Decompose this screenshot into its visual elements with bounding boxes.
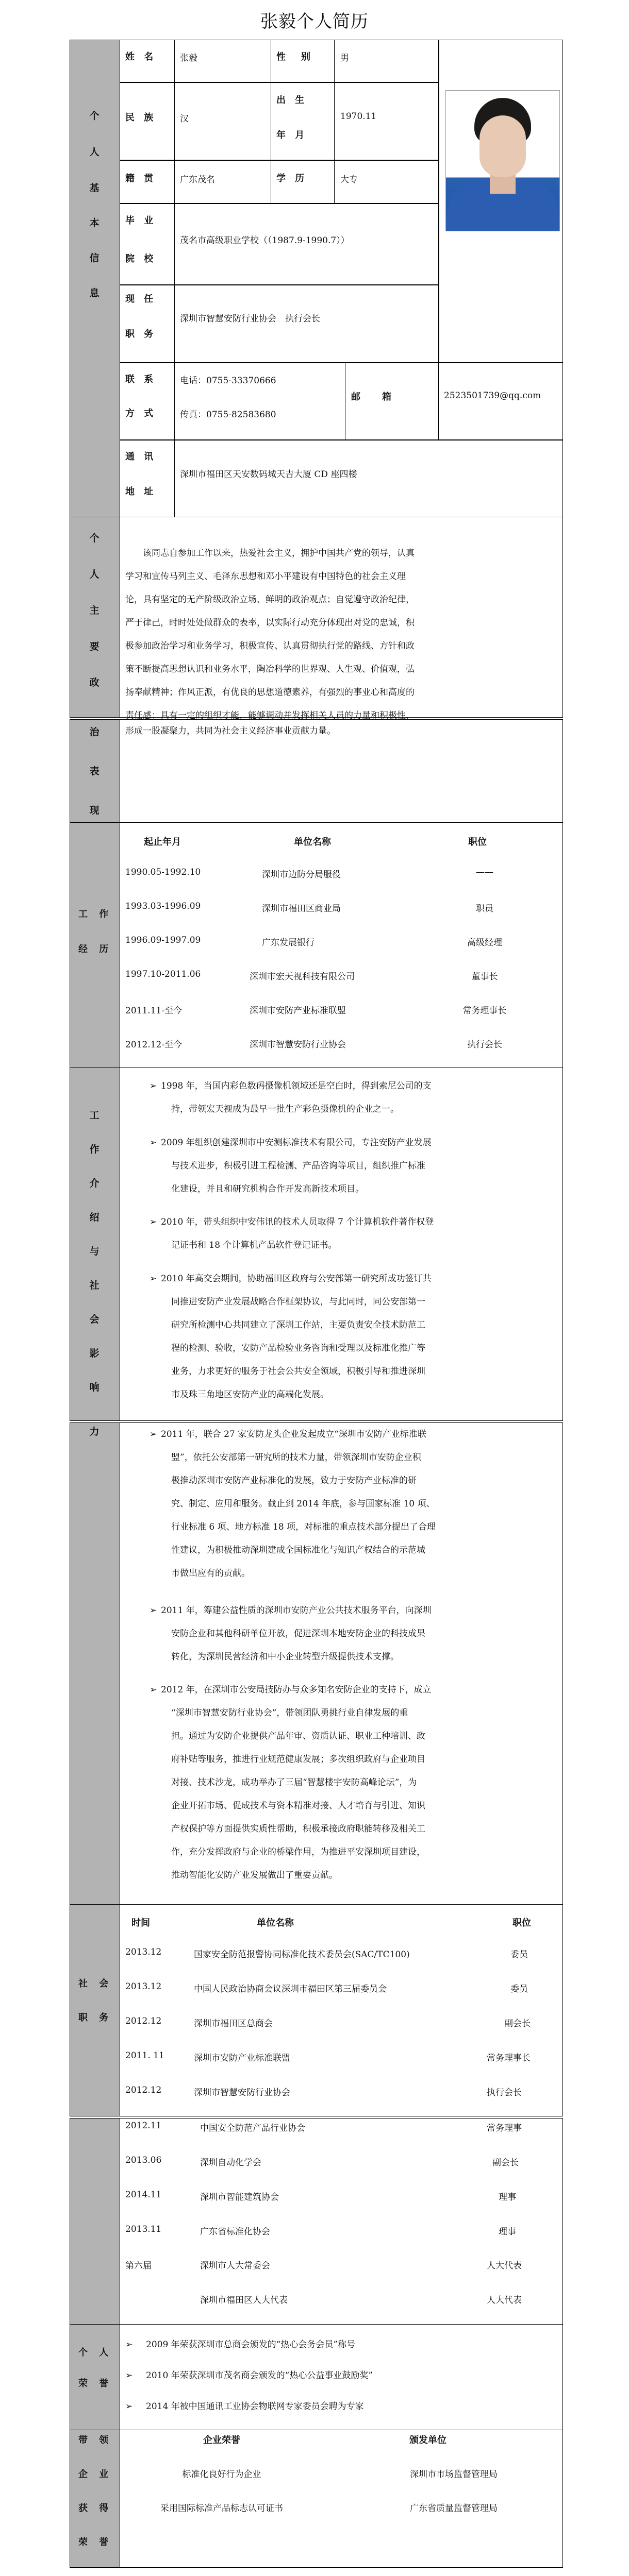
work-header-role: 职位	[468, 835, 487, 848]
phone-value: 电话：0755-33370666	[180, 373, 276, 386]
bullet-line: 业务，力求更好的服务于社会公共安全领域，积极引导和推进深圳	[150, 1360, 541, 1383]
label-char: 影	[70, 1346, 119, 1380]
intro-bullet: ➢2012 年，在深圳市公安局技防办与众多知名安防企业的支持下，成立 “深圳市智…	[150, 1679, 541, 1887]
politics-paragraph: 该同志自参加工作以来，热爱社会主义，拥护中国共产党的领导，认真 学习和宣传马列主…	[125, 542, 533, 727]
arrow-bullet-icon: ➢	[150, 1599, 161, 1622]
intro-bullet: ➢1998 年，当国内彩色数码摄像机领域还是空白时，得到索尼公司的支 持，带领宏…	[150, 1075, 541, 1121]
bullet-line: 盟”，依托公安部第一研究所的技术力量，带领深圳市安防企业积	[150, 1446, 541, 1469]
bullet-line: 产权保护等方面提供实质性帮助，积极承接政府职能转移及相关工	[150, 1818, 541, 1841]
social-org: 深圳市人大常委会	[200, 2258, 270, 2271]
education-value: 大专	[340, 172, 358, 185]
divider	[120, 82, 438, 83]
corp-label-line2: 企 业	[78, 2467, 112, 2480]
honor-text: 2009 年荣获深圳市总商会颁发的“热心会务会员”称号	[146, 2340, 355, 2350]
arrow-bullet-icon: ➢	[125, 2340, 146, 2350]
birth-label-line2: 年 月	[276, 128, 307, 141]
social-time: 2013.11	[125, 2224, 161, 2234]
social-time: 2012.12	[125, 2016, 161, 2026]
corp-issuer: 深圳市市场监督管理局	[371, 2467, 536, 2480]
bullet-line: 企业开拓市场、促成技术与资本精准对接、人才培育与引进、知识	[150, 1794, 541, 1818]
position-label-line1: 现 任	[125, 292, 156, 305]
label-char: 与	[70, 1244, 119, 1278]
arrow-bullet-icon: ➢	[150, 1423, 161, 1446]
corp-header-issuer: 颁发单位	[376, 2433, 479, 2446]
arrow-bullet-icon: ➢	[150, 1131, 161, 1155]
intro-bullet: ➢2011 年，筹建公益性质的深圳市安防产业公共技术服务平台，向深圳 安防企业和…	[150, 1599, 541, 1669]
social-header-role: 职位	[512, 1916, 531, 1929]
social-header-time: 时间	[131, 1916, 150, 1929]
label-char: 治	[70, 724, 119, 764]
honors-label-line2: 荣 誉	[78, 2376, 112, 2389]
ethnicity-value: 汉	[180, 111, 189, 124]
address-value: 深圳市福田区天安数码城天吉大厦 CD 座四楼	[180, 467, 357, 480]
label-char: 基	[70, 180, 119, 215]
corp-label-line3: 获 得	[78, 2501, 112, 2514]
social-role: 副会长	[504, 2016, 531, 2029]
intro-bullet: ➢2010 年高交会期间，协助福田区政府与公安部第一研究所成功签订共 同推进安防…	[150, 1267, 541, 1406]
ethnicity-label: 民 族	[125, 110, 156, 124]
origin-label: 籍 贯	[125, 171, 156, 184]
social-time: 第六届	[125, 2258, 152, 2271]
arrow-bullet-icon: ➢	[150, 1211, 161, 1234]
politics-line: 严于律己，时时处处做群众的表率，以实际行动充分体现出对党的忠诚，积	[125, 612, 533, 635]
bullet-line: 安防企业和其他科研单位开放，促进深圳本地安防企业的科技成果	[150, 1622, 541, 1646]
work-label-line1: 工 作	[78, 907, 112, 920]
honor-text: 2014 年被中国通讯工业协会物联网专家委员会聘为专家	[146, 2401, 364, 2412]
work-org: 深圳市边防分局服役	[262, 867, 341, 880]
name-label: 姓 名	[125, 49, 156, 63]
social-role: 理事	[499, 2224, 516, 2237]
birth-label-line1: 出 生	[276, 93, 307, 106]
work-role: 常务理事长	[454, 1003, 516, 1016]
gender-label: 性 别	[276, 49, 313, 63]
work-period: 2012.12-至今	[125, 1037, 182, 1050]
social-role: 人大代表	[487, 2293, 522, 2306]
position-value: 深圳市智慧安防行业协会 执行会长	[180, 311, 320, 324]
social-label-line2: 职 务	[78, 2010, 112, 2024]
label-char: 个	[70, 531, 119, 567]
politics-line: 策不断提高思想认识和业务水平，陶冶科学的世界观、人生观、价值观，弘	[125, 658, 533, 681]
politics-label-a: 个 人 主 要 政	[70, 531, 119, 711]
divider	[120, 203, 438, 204]
resume-title: 张毅个人简历	[0, 7, 629, 32]
bullet-line: 2009 年组织创建深圳市中安测标准技术有限公司，专注安防产业发展	[161, 1138, 432, 1148]
basic-info-label: 个 人 基 本 信 息	[70, 108, 119, 320]
social-org: 深圳市福田区人大代表	[200, 2293, 288, 2306]
social-role: 委员	[510, 1947, 528, 1960]
bullet-line: 程的检测、验收，安防产品检验业务咨询和受理以及标准化推广等	[150, 1337, 541, 1360]
social-org: 中国人民政治协商会议深圳市福田区第三届委员会	[194, 1981, 387, 1994]
label-char: 人	[70, 144, 119, 180]
bullet-line: 2012 年，在深圳市公安局技防办与众多知名安防企业的支持下，成立	[161, 1685, 432, 1695]
work-org: 深圳市智慧安防行业协会	[250, 1037, 346, 1050]
honors-label-line1: 个 人	[78, 2345, 112, 2359]
work-role: 执行会长	[454, 1037, 516, 1050]
social-time: 2014.11	[125, 2190, 161, 2200]
social-time: 2012.11	[125, 2121, 161, 2131]
social-label-cell-b	[70, 2118, 120, 2325]
social-org: 广东省标准化协会	[200, 2224, 270, 2237]
bullet-line: 府补贴等服务，推进行业规范健康发展；多次组织政府与企业项目	[150, 1748, 541, 1771]
bullet-line: 2011 年，联合 27 家安防龙头企业发起成立“深圳市安防产业标准联	[161, 1429, 426, 1439]
arrow-bullet-icon: ➢	[150, 1267, 161, 1291]
corp-issuer: 广东省质量监督管理局	[371, 2501, 536, 2514]
politics-line: 极参加政治学习和业务学习，积极宣传、认真贯彻执行党的路线、方针和政	[125, 635, 533, 658]
address-label-line1: 通 讯	[125, 449, 156, 463]
origin-value: 广东茂名	[180, 172, 215, 185]
position-label-line2: 职 务	[125, 327, 156, 340]
social-time: 2011. 11	[125, 2050, 164, 2061]
social-org: 深圳市智慧安防行业协会	[194, 2085, 290, 2098]
intro-label-cell-b	[70, 1422, 120, 1905]
bullet-line: 市做出应有的贡献。	[150, 1562, 541, 1585]
work-role: ——	[454, 867, 516, 877]
bullet-line: 2010 年高交会期间，协助福田区政府与公安部第一研究所成功签订共	[161, 1274, 432, 1284]
work-org: 深圳市宏天视科技有限公司	[250, 969, 355, 982]
bullet-line: 市及珠三角地区安防产业的高端化发展。	[150, 1383, 541, 1406]
label-char: 作	[70, 1142, 119, 1176]
bullet-line: 极推动深圳市安防产业标准化的发展，致力于安防产业标准的研	[150, 1469, 541, 1493]
politics-line: 学习和宣传马列主义、毛泽东思想和邓小平建设有中国特色的社会主义理	[125, 565, 533, 588]
bullet-line: 与技术进步，积极引进工程检测、产品咨询等项目，组织推广标准	[150, 1155, 541, 1178]
social-time: 2013.06	[125, 2155, 161, 2165]
social-org: 深圳市福田区总商会	[194, 2016, 273, 2029]
label-char: 信	[70, 250, 119, 285]
social-label-line1: 社 会	[78, 1976, 112, 1990]
work-period: 1993.03-1996.09	[125, 901, 201, 911]
divider	[174, 40, 175, 517]
politics-line: 扬奉献精神；作风正派，有优良的思想道德素养，有强烈的事业心和高度的	[125, 681, 533, 704]
politics-line: 该同志自参加工作以来，热爱社会主义，拥护中国共产党的领导，认真	[125, 542, 533, 565]
arrow-bullet-icon: ➢	[150, 1075, 161, 1098]
bullet-line: 1998 年，当国内彩色数码摄像机领域还是空白时，得到索尼公司的支	[161, 1081, 432, 1091]
corp-frame	[120, 2430, 563, 2568]
corp-label-line1: 带 领	[78, 2433, 112, 2446]
bullet-line: 对接、技术沙龙，成功举办了三届“智慧楼宇安防高峰论坛”，为	[150, 1771, 541, 1794]
politics-continuation: 形成一股凝聚力，共同为社会主义经济事业贡献力量。	[125, 723, 336, 736]
email-label: 邮 箱	[351, 389, 392, 403]
education-label: 学 历	[276, 171, 307, 184]
photo-face	[479, 115, 526, 177]
bullet-line: 研究所检测中心共同建立了深圳工作站，主要负责安全技术防范工	[150, 1314, 541, 1337]
label-char: 个	[70, 108, 119, 144]
bullet-line: 性建议，为积极推动深圳建成全国标准化与知识产权结合的示范城	[150, 1539, 541, 1562]
work-role: 高级经理	[454, 935, 516, 948]
divider	[438, 362, 439, 439]
divider	[120, 160, 438, 161]
contact-label-line1: 联 系	[125, 372, 156, 385]
social-org: 中国安全防范产品行业协会	[200, 2121, 305, 2133]
name-value: 张毅	[180, 50, 197, 63]
bullet-line: 化建设，并且和研究机构合作开发高新技术项目。	[150, 1178, 541, 1201]
social-header-org: 单位名称	[257, 1916, 294, 1929]
bullet-line: 同推进安防产业发展战略合作框架协议，与此同时，同公安部第一	[150, 1291, 541, 1314]
email-value[interactable]: 2523501739@qq.com	[444, 391, 541, 401]
corp-honor: 标准化良好行为企业	[129, 2467, 314, 2480]
bullet-line: 持，带领宏天视成为最早一批生产彩色摄像机的企业之一。	[150, 1098, 541, 1121]
work-org: 深圳市福田区商业局	[262, 901, 341, 914]
bullet-line: 推动智能化安防产业发展做出了重要贡献。	[150, 1864, 541, 1887]
address-label-line2: 地 址	[125, 484, 156, 498]
work-period: 2011.11-至今	[125, 1003, 182, 1016]
intro-bullet: ➢2009 年组织创建深圳市中安测标准技术有限公司，专注安防产业发展 与技术进步…	[150, 1131, 541, 1201]
corp-header-honor: 企业荣誉	[170, 2433, 273, 2446]
school-label-line2: 院 校	[125, 251, 156, 265]
corp-label-line4: 荣 誉	[78, 2535, 112, 2548]
intro-bullet: ➢2011 年，联合 27 家安防龙头企业发起成立“深圳市安防产业标准联 盟”，…	[150, 1423, 541, 1585]
bullet-line: 究、制定、应用和服务。截止到 2014 年底，参与国家标准 10 项、	[150, 1493, 541, 1516]
fax-value: 传真：0755-82583680	[180, 407, 276, 420]
bullet-line: “深圳市智慧安防行业协会”，带领团队勇挑行业自律发展的重	[150, 1702, 541, 1725]
honor-item: ➢2009 年荣获深圳市总商会颁发的“热心会务会员”称号	[125, 2337, 355, 2350]
label-char: 人	[70, 567, 119, 603]
label-char: 会	[70, 1312, 119, 1346]
arrow-bullet-icon: ➢	[125, 2401, 146, 2412]
social-role: 理事	[499, 2190, 516, 2202]
social-role: 副会长	[492, 2155, 519, 2168]
arrow-bullet-icon: ➢	[125, 2370, 146, 2381]
honor-text: 2010 年荣获深圳市茂名商会颁发的“热心公益事业鼓励奖”	[146, 2370, 373, 2381]
label-char: 息	[70, 285, 119, 320]
divider	[271, 40, 271, 203]
label-char: 表	[70, 764, 119, 803]
bullet-line: 2011 年，筹建公益性质的深圳市安防产业公共技术服务平台，向深圳	[161, 1605, 432, 1616]
school-value: 茂名市高级职业学校（（1987.9-1990.7））	[180, 233, 350, 246]
intro-label-a: 工 作 介 绍 与 社 会 影 响	[70, 1108, 119, 1414]
politics-line: 论，具有坚定的无产阶级政治立场、鲜明的政治观点；自觉遵守政治纪律，	[125, 588, 533, 612]
profile-photo	[445, 90, 560, 231]
bullet-line: 记证书和 18 个计算机产品软件登记证书。	[150, 1234, 541, 1257]
divider	[345, 362, 345, 439]
intro-label-b: 力	[70, 1424, 119, 1438]
social-org: 深圳自动化学会	[200, 2155, 261, 2168]
school-label-line1: 毕 业	[125, 213, 156, 227]
birth-value: 1970.11	[340, 111, 376, 122]
divider	[334, 40, 335, 203]
label-char: 力	[70, 1424, 119, 1438]
divider	[438, 40, 439, 362]
work-org: 深圳市安防产业标准联盟	[250, 1003, 346, 1016]
bullet-line: 担。通过为安防企业提供产品年审、资质认证、职业工种培训、政	[150, 1725, 541, 1748]
work-label-line2: 经 历	[78, 942, 112, 955]
label-char: 要	[70, 639, 119, 675]
bullet-line: 转化，为深圳民营经济和中小企业转型升级提供技术支撑。	[150, 1646, 541, 1669]
divider	[120, 284, 438, 285]
social-role: 执行会长	[487, 2085, 522, 2098]
divider	[120, 439, 563, 440]
gender-value: 男	[340, 50, 349, 63]
label-char: 工	[70, 1108, 119, 1142]
work-period: 1996.09-1997.09	[125, 935, 201, 945]
label-char: 政	[70, 675, 119, 711]
social-role: 人大代表	[487, 2258, 522, 2271]
contact-label-line2: 方 式	[125, 406, 156, 419]
honor-item: ➢2010 年荣获深圳市茂名商会颁发的“热心公益事业鼓励奖”	[125, 2368, 373, 2381]
social-time: 2013.12	[125, 1947, 161, 1957]
work-period: 1997.10-2011.06	[125, 969, 201, 979]
work-header-period: 起止年月	[144, 835, 181, 848]
bullet-line: 作，充分发挥政府与企业的桥梁作用，为推进平安深圳项目建设，	[150, 1841, 541, 1864]
label-char: 绍	[70, 1210, 119, 1244]
social-time: 2012.12	[125, 2085, 161, 2095]
divider	[120, 362, 563, 363]
label-char: 主	[70, 603, 119, 639]
work-org: 广东发展银行	[262, 935, 314, 948]
corp-honor: 采用国际标准产品标志认可证书	[129, 2501, 314, 2514]
bullet-line: 行业标准 6 项、地方标准 18 项，对标准的重点技术部分提出了合理	[150, 1516, 541, 1539]
work-role: 董事长	[454, 969, 516, 982]
arrow-bullet-icon: ➢	[150, 1679, 161, 1702]
label-char: 响	[70, 1380, 119, 1414]
label-char: 介	[70, 1176, 119, 1210]
label-char: 社	[70, 1278, 119, 1312]
social-role: 常务理事长	[487, 2050, 531, 2063]
intro-bullet: ➢2010 年，带头组织中安伟讯的技术人员取得 7 个计算机软件著作权登 记证书…	[150, 1211, 541, 1257]
label-char: 本	[70, 215, 119, 250]
work-header-org: 单位名称	[294, 835, 331, 848]
social-org: 深圳市安防产业标准联盟	[194, 2050, 290, 2063]
social-time: 2013.12	[125, 1981, 161, 1992]
work-role: 职员	[454, 901, 516, 914]
social-org: 国家安全防范报警协同标准化技术委员会(SAC/TC100)	[194, 1947, 410, 1960]
bullet-line: 2010 年，带头组织中安伟讯的技术人员取得 7 个计算机软件著作权登	[161, 1217, 434, 1227]
social-org: 深圳市智能建筑协会	[200, 2190, 279, 2202]
social-role: 委员	[510, 1981, 528, 1994]
honor-item: ➢2014 年被中国通讯工业协会物联网专家委员会聘为专家	[125, 2399, 364, 2412]
social-role: 常务理事	[487, 2121, 522, 2133]
work-period: 1990.05-1992.10	[125, 867, 201, 877]
